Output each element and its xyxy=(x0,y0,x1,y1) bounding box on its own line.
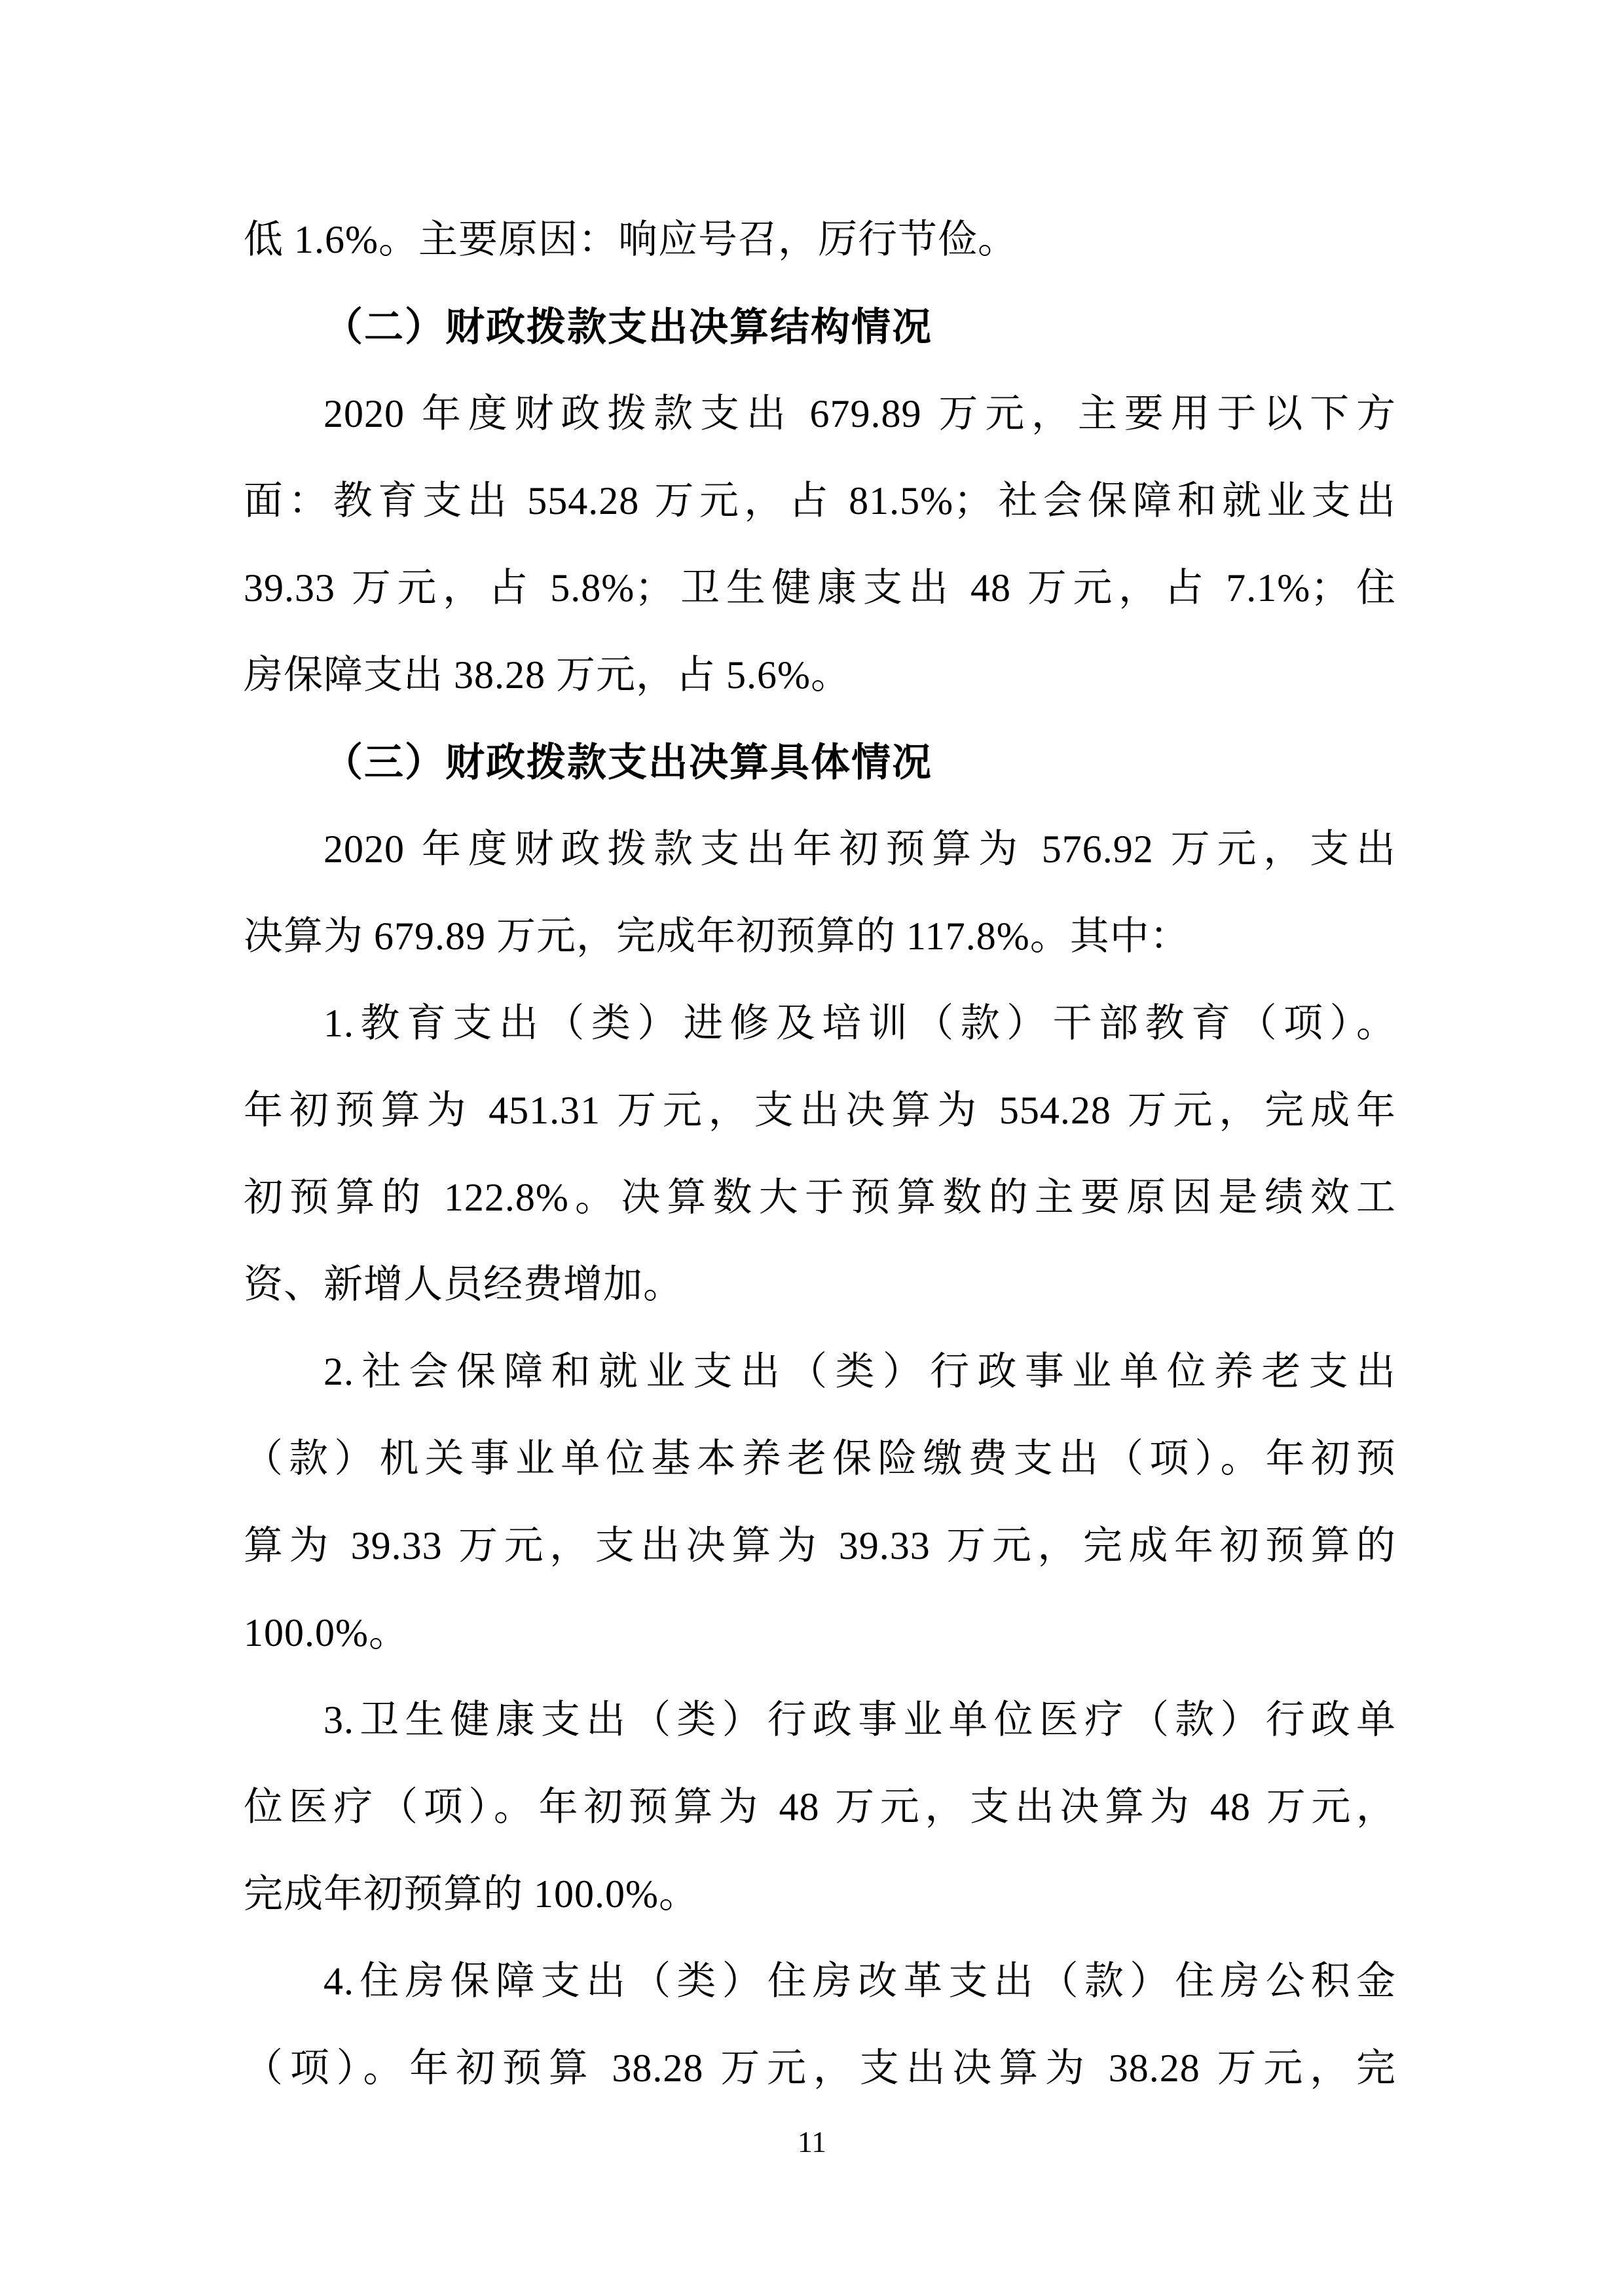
section-heading: （三）财政拨款支出决算具体情况 xyxy=(244,719,1396,806)
text-line: 房保障支出 38.28 万元，占 5.6%。 xyxy=(244,632,1396,719)
text-line: 初预算的 122.8%。决算数大于预算数的主要原因是绩效工 xyxy=(244,1154,1396,1241)
text-line: 3.卫生健康支出（类）行政事业单位医疗（款）行政单 xyxy=(244,1677,1396,1764)
text-line: （款）机关事业单位基本养老保险缴费支出（项）。年初预 xyxy=(244,1415,1396,1503)
section-heading: （二）财政拨款支出决算结构情况 xyxy=(244,283,1396,371)
document-page: 低 1.6%。主要原因：响应号召，厉行节俭。 （二）财政拨款支出决算结构情况 2… xyxy=(0,0,1624,2296)
text-line: 39.33 万元，占 5.8%；卫生健康支出 48 万元，占 7.1%；住 xyxy=(244,545,1396,632)
text-line: 2020 年度财政拨款支出年初预算为 576.92 万元，支出 xyxy=(244,806,1396,893)
document-body: 低 1.6%。主要原因：响应号召，厉行节俭。 （二）财政拨款支出决算结构情况 2… xyxy=(244,196,1396,2112)
text-line: 1.教育支出（类）进修及培训（款）干部教育（项）。 xyxy=(244,980,1396,1067)
text-line: 2020 年度财政拨款支出 679.89 万元，主要用于以下方 xyxy=(244,371,1396,458)
text-line: 完成年初预算的 100.0%。 xyxy=(244,1851,1396,1938)
text-line: （项）。年初预算 38.28 万元，支出决算为 38.28 万元，完 xyxy=(244,2025,1396,2112)
page-number: 11 xyxy=(0,2123,1624,2162)
text-line: 100.0%。 xyxy=(244,1590,1396,1677)
text-line: 4.住房保障支出（类）住房改革支出（款）住房公积金 xyxy=(244,1938,1396,2025)
text-line: 低 1.6%。主要原因：响应号召，厉行节俭。 xyxy=(244,196,1396,283)
text-line: 年初预算为 451.31 万元，支出决算为 554.28 万元，完成年 xyxy=(244,1067,1396,1154)
text-line: 面：教育支出 554.28 万元，占 81.5%；社会保障和就业支出 xyxy=(244,458,1396,545)
text-line: 资、新增人员经费增加。 xyxy=(244,1241,1396,1328)
text-line: 位医疗（项）。年初预算为 48 万元，支出决算为 48 万元， xyxy=(244,1764,1396,1851)
text-line: 决算为 679.89 万元，完成年初预算的 117.8%。其中： xyxy=(244,893,1396,980)
text-line: 算为 39.33 万元，支出决算为 39.33 万元，完成年初预算的 xyxy=(244,1503,1396,1590)
text-line: 2.社会保障和就业支出（类）行政事业单位养老支出 xyxy=(244,1328,1396,1415)
